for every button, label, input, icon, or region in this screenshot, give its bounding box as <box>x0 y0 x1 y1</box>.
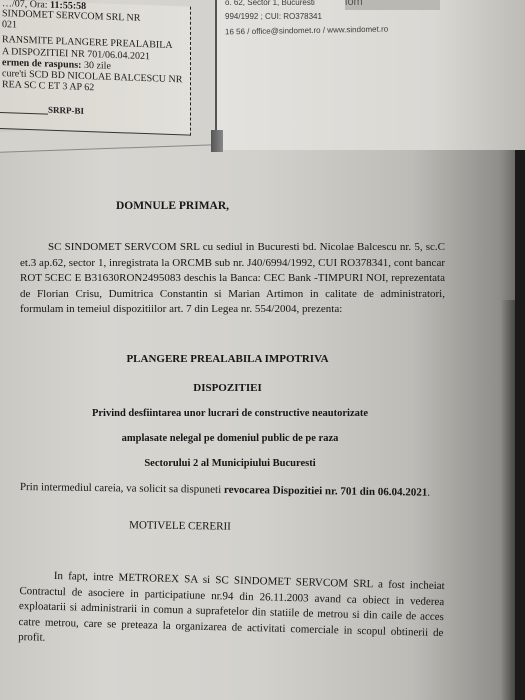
request-suffix: . <box>427 487 430 499</box>
subtitle-line-2: amplasate nelegal pe domeniul public de … <box>0 433 460 444</box>
facts-paragraph: In fapt, intre METROREX SA si SC SINDOME… <box>18 568 445 657</box>
letterhead-address: o. 62, Sector 1, Bucuresti <box>225 0 315 7</box>
signature-line <box>0 112 48 115</box>
receipt-sender: SINDOMET SERVCOM SRL NR <box>2 8 140 24</box>
title-line-1: PLANGERE PREALABILA IMPOTRIVA <box>0 353 455 365</box>
registration-receipt-slip: …/07, Ora: 11:55:58 SINDOMET SERVCOM SRL… <box>0 0 191 136</box>
subtitle-line-1: Privind desfiintarea unor lucrari de con… <box>0 408 460 419</box>
receipt-stamp: SRRP-BI <box>48 105 84 116</box>
logo-text: iom <box>345 0 363 8</box>
receipt-sender-cont: 021 <box>2 19 17 31</box>
salutation: DOMNULE PRIMAR, <box>0 200 345 212</box>
letterhead-registration: 994/1992 ; CUI: RO378341 <box>225 12 322 21</box>
intro-paragraph: SC SINDOMET SERVCOM SRL cu sediul in Buc… <box>20 240 445 318</box>
receipt-address-cont: REA SC C ET 3 AP 62 <box>2 79 94 93</box>
company-logo: iom <box>345 0 440 10</box>
title-line-2: DISPOZITIEI <box>0 382 455 394</box>
paper-clip <box>211 130 223 152</box>
subtitle-line-3: Sectorului 2 al Municipiului Bucuresti <box>0 458 460 469</box>
intro-text: SC SINDOMET SERVCOM SRL cu sediul in Buc… <box>20 241 445 315</box>
facts-text: In fapt, intre METROREX SA si SC SINDOME… <box>18 570 445 644</box>
letterhead-contact: 16 56 / office@sindomet.ro / www.sindome… <box>225 25 388 37</box>
letterhead: o. 62, Sector 1, Bucuresti 994/1992 ; CU… <box>215 0 525 150</box>
